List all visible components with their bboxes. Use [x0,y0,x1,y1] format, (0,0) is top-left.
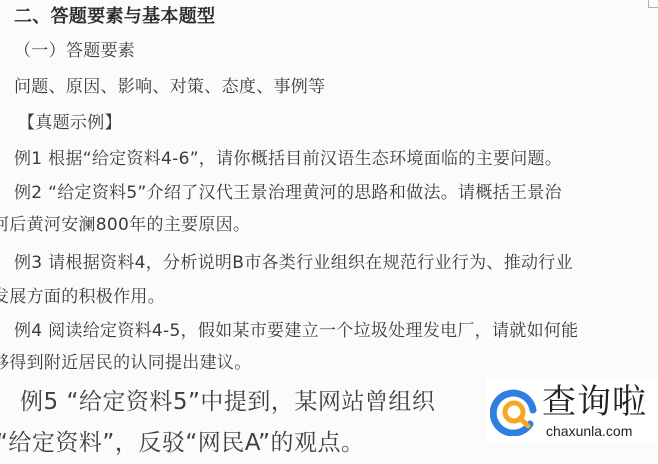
example-5-line-1: 例5 “给定资料5”中提到，某网站曾组织 [20,387,435,417]
example-1-line-1: 例1 根据“给定资料4-6”，请你概括目前汉语生态环境面临的主要问题。 [14,148,562,170]
example-3-line-1: 例3 请根据资料4，分析说明B市各类行业组织在规范行业行为、推动行业 [14,252,573,274]
example-5-line-2: “给定资料”，反驳“网民A”的观点。 [0,428,365,458]
watermark-logo: 查询啦 chaxunla.com [486,378,658,442]
example-2-line-2: 河后黄河安澜800年的主要原因。 [0,214,250,236]
watermark-url: chaxunla.com [546,423,632,439]
example-4-line-1: 例4 阅读给定资料4-5，假如某市要建立一个垃圾处理发电厂，请就如何能 [14,320,578,342]
magnifier-logo-icon [490,388,538,436]
watermark-name: 查询啦 [542,382,647,422]
section-heading: 二、答题要素与基本题型 [14,6,215,28]
example-2-line-1: 例2 “给定资料5”介绍了汉代王景治理黄河的思路和做法。请概括王景治 [14,182,562,204]
example-4-line-2: 够得到附近居民的认同提出建议。 [0,352,252,374]
example-3-line-2: 发展方面的积极作用。 [0,286,165,308]
examples-label: 【真题示例】 [18,112,122,134]
corner-mark [648,0,658,8]
answer-elements-list: 问题、原因、影响、对策、态度、事例等 [14,76,325,98]
subsection-heading: （一）答题要素 [14,40,135,62]
